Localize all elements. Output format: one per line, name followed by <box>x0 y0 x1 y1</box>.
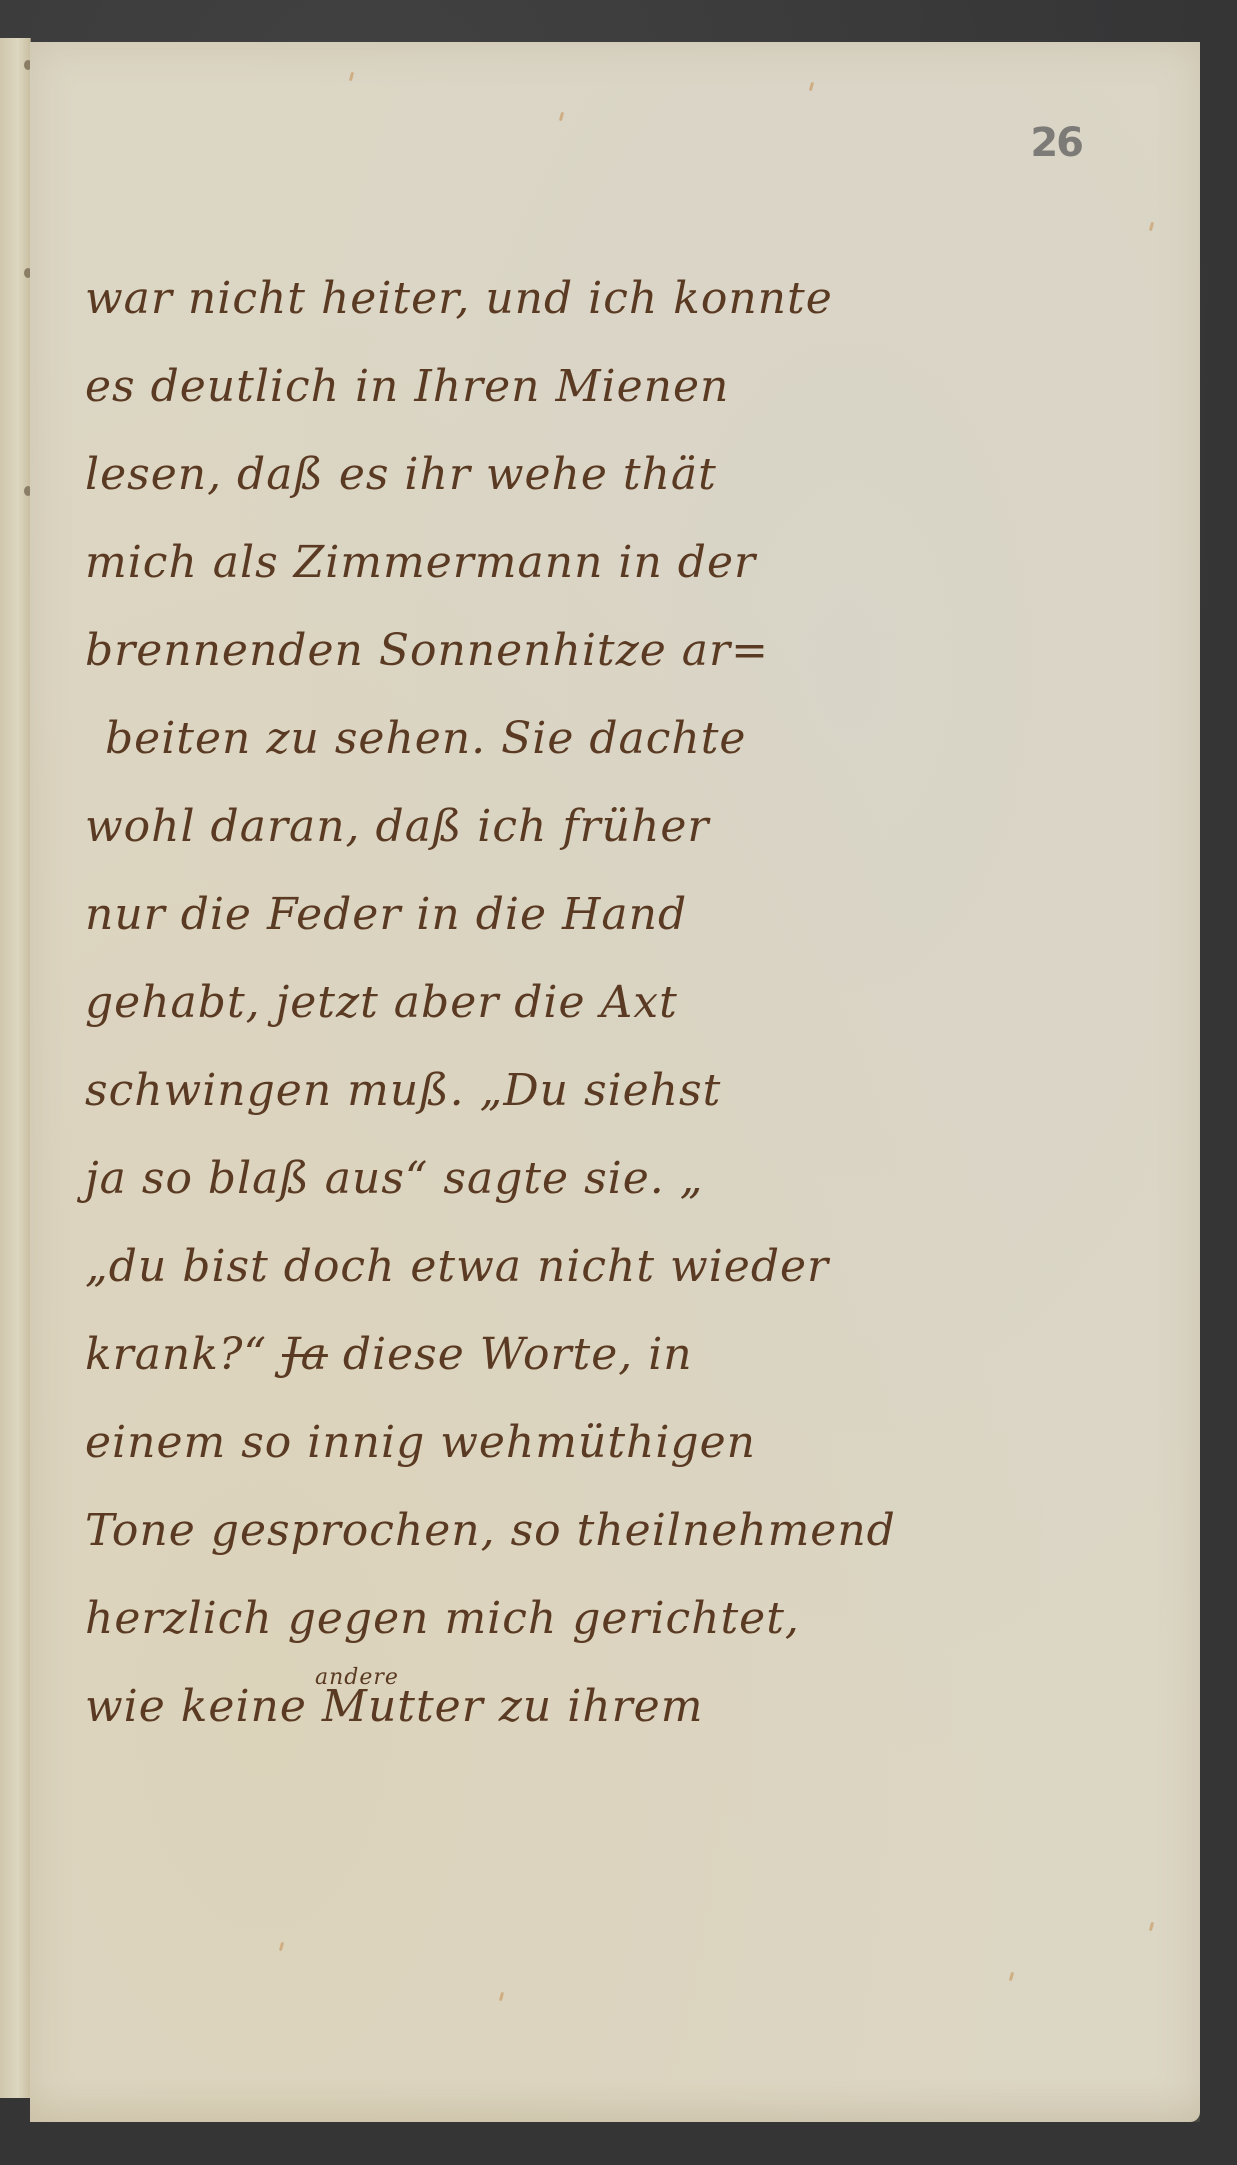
page-number: 26 <box>1030 120 1082 166</box>
paper-fleck <box>1149 222 1154 231</box>
paper-fleck <box>279 1942 284 1951</box>
paper-fleck <box>809 82 814 91</box>
text-line-1: war nicht heiter, und ich konnte <box>85 255 965 343</box>
text-line-16: herzlich gegen mich gerichtet, <box>85 1575 965 1663</box>
text-line-2: es deutlich in Ihren Mienen <box>85 343 965 431</box>
text-line-17: andere wie keine Mutter zu ihrem <box>85 1663 965 1751</box>
text-line-15: Tone gesprochen, so theilnehmend <box>85 1487 965 1575</box>
text-line-5: brennenden Sonnenhitze ar= <box>85 607 965 695</box>
book-spine-edge <box>0 38 31 2098</box>
paper-fleck <box>559 112 564 121</box>
paper-fleck <box>499 1992 504 2001</box>
paper-fleck <box>349 72 354 81</box>
text-line-8: nur die Feder in die Hand <box>85 871 965 959</box>
text-line-4: mich als Zimmermann in der <box>85 519 965 607</box>
text-line-14: einem so innig wehmüthigen <box>85 1399 965 1487</box>
handwritten-text-block: war nicht heiter, und ich konnte es deut… <box>85 255 965 1751</box>
text-line-10: schwingen muß. „Du siehst <box>85 1047 965 1135</box>
paper-fleck <box>1149 1922 1154 1931</box>
text-line-11: ja so blaß aus“ sagte sie. „ <box>85 1135 965 1223</box>
text-line-13: krank?“ Ja diese Worte, in <box>85 1311 965 1399</box>
text-segment: krank?“ <box>85 1329 282 1380</box>
text-line-7: wohl daran, daß ich früher <box>85 783 965 871</box>
text-line-12: „du bist doch etwa nicht wieder <box>85 1223 965 1311</box>
struck-through-word: Ja <box>282 1329 328 1380</box>
paper-fleck <box>1009 1972 1014 1981</box>
text-line-6: beiten zu sehen. Sie dachte <box>85 695 965 783</box>
interlinear-insertion: andere <box>315 1667 399 1689</box>
text-line-3: lesen, daß es ihr wehe thät <box>85 431 965 519</box>
text-line-9: gehabt, jetzt aber die Axt <box>85 959 965 1047</box>
text-segment: diese Worte, in <box>328 1329 693 1380</box>
